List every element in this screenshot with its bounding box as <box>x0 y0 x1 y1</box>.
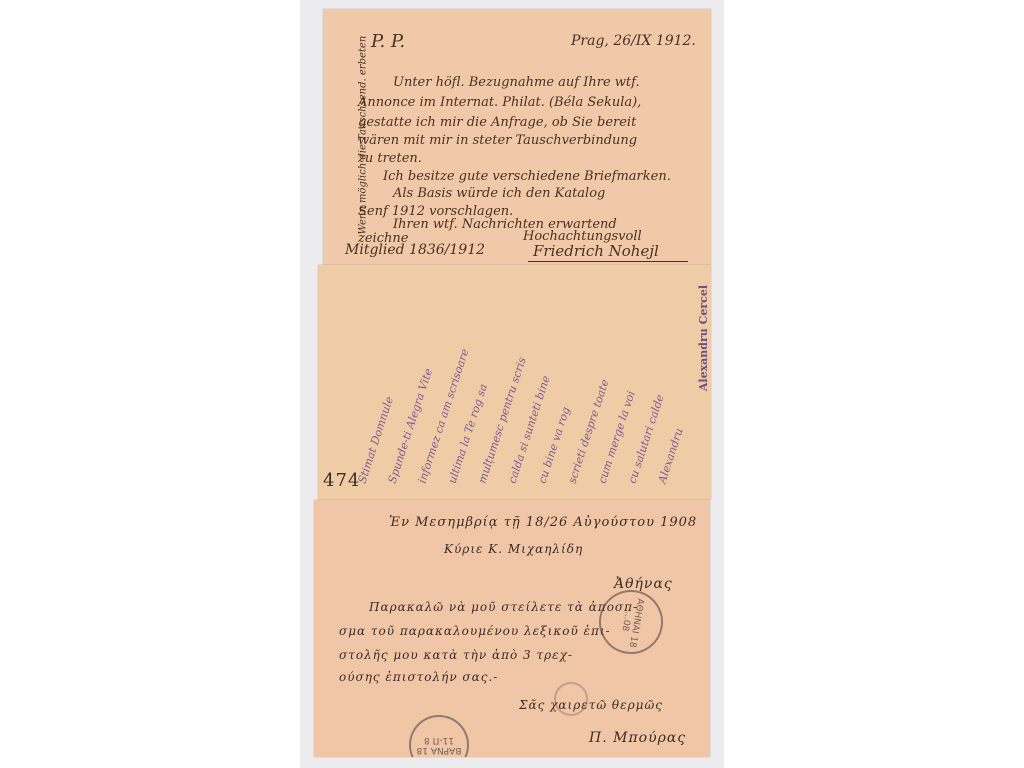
line: Annonce im Internat. Philat. (Béla Sekul… <box>358 95 641 110</box>
line: Als Basis würde ich den Katalog <box>393 186 605 201</box>
postmark-varna: ΒΑΡΝΑ 18 11-Π 8 <box>409 715 469 757</box>
header-left: P. P. <box>371 31 405 52</box>
line: gestatte ich mir die Anfrage, ob Sie ber… <box>358 115 636 130</box>
signature-stamp: Alexandru Cercel <box>697 285 710 391</box>
line: wären mit mir in steter Tauschverbindung <box>358 133 637 148</box>
header-place-date: Ἐν Μεσημβρίᾳ τῇ 18/26 Αὐγούστου 1908 <box>389 515 697 530</box>
line: σμα τοῦ παρακαλουμένου λεξικοῦ ἐπι- <box>339 624 611 638</box>
line: Ich besitze gute verschiedene Briefmarke… <box>383 169 671 184</box>
postmark-faint <box>554 682 588 716</box>
postcard-greek: Ἐν Μεσημβρίᾳ τῇ 18/26 Αὐγούστου 1908 Κύρ… <box>314 500 710 757</box>
postmark-athens: ΑΘΗΝΑΙ 18 ...08 <box>594 585 668 659</box>
postcard-german: Wenn möglich die Tauschsend. erbeten P. … <box>323 9 711 265</box>
line: Alexandru <box>656 427 686 485</box>
signature: Π. Μπούρας <box>589 730 686 746</box>
line: ούσης ἐπιστολήν σας.- <box>339 670 498 684</box>
line: Unter höfl. Bezugnahme auf Ihre wtf. <box>393 75 640 90</box>
salutation: Κύριε Κ. Μιχαηλίδη <box>444 542 583 556</box>
numeral-stamp: 474 <box>323 470 360 491</box>
signature-underline <box>528 261 688 262</box>
signature: Friedrich Nohejl <box>533 242 659 260</box>
line: zu treten. <box>358 151 422 166</box>
line: στολῆς μου κατὰ τὴν ἀπὸ 3 τρεχ- <box>339 648 573 662</box>
handwritten-lines: Stimat Domnule Spunde-ti Alegra Vite inf… <box>358 275 698 485</box>
line: Παρακαλῶ νὰ μοῦ στείλετε τὰ ἀποσπ- <box>369 600 638 614</box>
member-note: Mitglied 1836/1912 <box>345 242 485 258</box>
header-date: Prag, 26/IX 1912. <box>571 33 696 49</box>
closing: Σᾶς χαιρετῶ θερμῶς <box>519 698 663 712</box>
address: Ἀθήνας <box>614 576 673 592</box>
postcard-romanian: Stimat Domnule Spunde-ti Alegra Vite inf… <box>318 265 711 500</box>
